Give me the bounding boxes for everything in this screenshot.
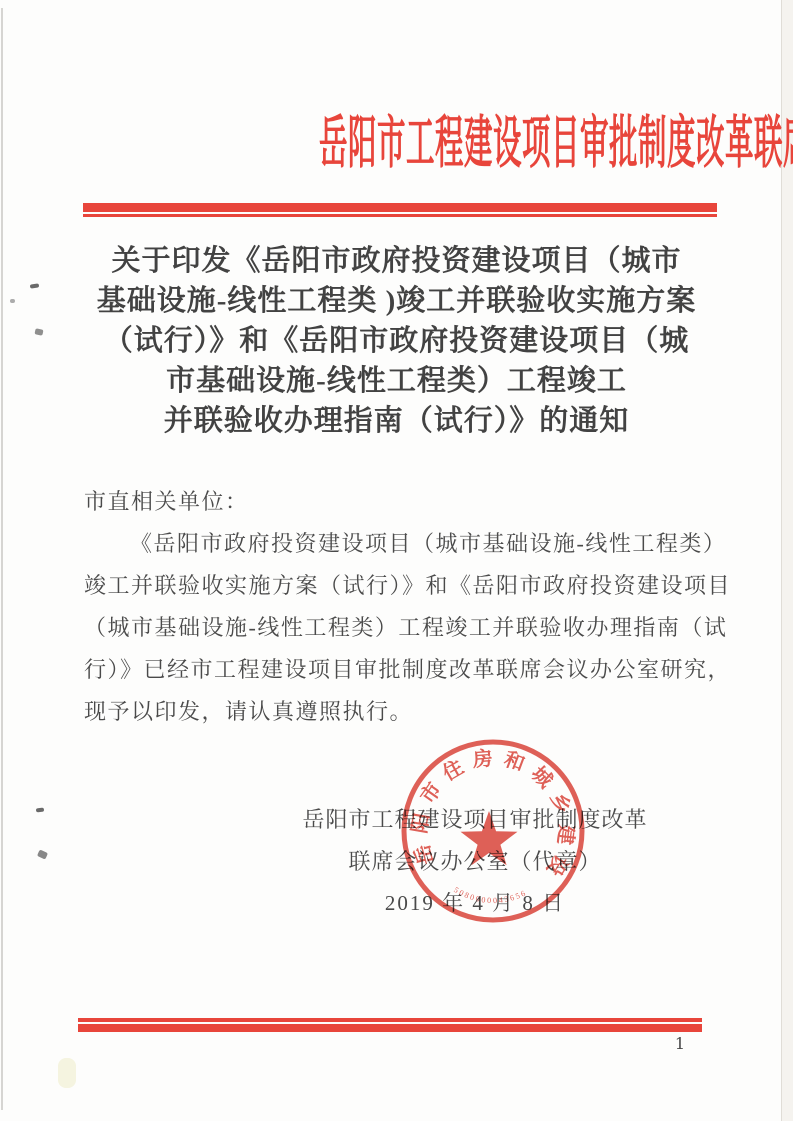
title-line-2: 基础设施-线性工程类 )竣工并联验收实施方案 <box>0 281 793 321</box>
body-line-3: （城市基础设施-线性工程类）工程竣工并联验收办理指南（试 <box>84 607 720 649</box>
page-number: 1 <box>660 1034 700 1053</box>
title-line-4: 市基础设施-线性工程类）工程竣工 <box>0 361 793 401</box>
seal-code-digits: 5080000043656 <box>452 885 528 905</box>
salutation: 市直相关单位： <box>84 481 720 523</box>
body-line-2: 竣工并联验收实施方案（试行）》和《岳阳市政府投资建设项目 <box>84 565 720 607</box>
letterhead-double-rule <box>83 203 717 217</box>
body-line-5: 现予以印发，请认真遵照执行。 <box>84 691 720 733</box>
body-line-4: 行）》已经市工程建设项目审批制度改革联席会议办公室研究， <box>84 649 720 691</box>
scanned-document-page: 岳阳市工程建设项目审批制度改革联席会议办公室 关于印发《岳阳市政府投资建设项目（… <box>0 0 793 1121</box>
letterhead-org-name: 岳阳市工程建设项目审批制度改革联席会议办公室 <box>0 108 793 180</box>
title-line-1: 关于印发《岳阳市政府投资建设项目（城市 <box>0 241 793 281</box>
scan-smudge <box>58 1058 76 1088</box>
letterhead-text: 岳阳市工程建设项目审批制度改革联席会议办公室 <box>319 108 793 180</box>
scan-smudge <box>10 299 15 303</box>
document-title: 关于印发《岳阳市政府投资建设项目（城市 基础设施-线性工程类 )竣工并联验收实施… <box>0 241 793 441</box>
body-line-1: 《岳阳市政府投资建设项目（城市基础设施-线性工程类） <box>84 523 720 565</box>
scan-smudge <box>37 849 48 859</box>
seal-star-icon <box>461 811 518 865</box>
document-body: 市直相关单位： 《岳阳市政府投资建设项目（城市基础设施-线性工程类） 竣工并联验… <box>84 481 720 733</box>
official-red-seal: 岳阳市住房和城乡建设局 5080000043656 <box>392 739 598 933</box>
scan-smudge <box>36 808 44 813</box>
svg-text:5080000043656: 5080000043656 <box>452 885 528 905</box>
title-line-5: 并联验收办理指南（试行）》的通知 <box>0 401 793 441</box>
title-line-3: （试行）》和《岳阳市政府投资建设项目（城 <box>0 321 793 361</box>
footer-double-rule <box>78 1018 702 1032</box>
